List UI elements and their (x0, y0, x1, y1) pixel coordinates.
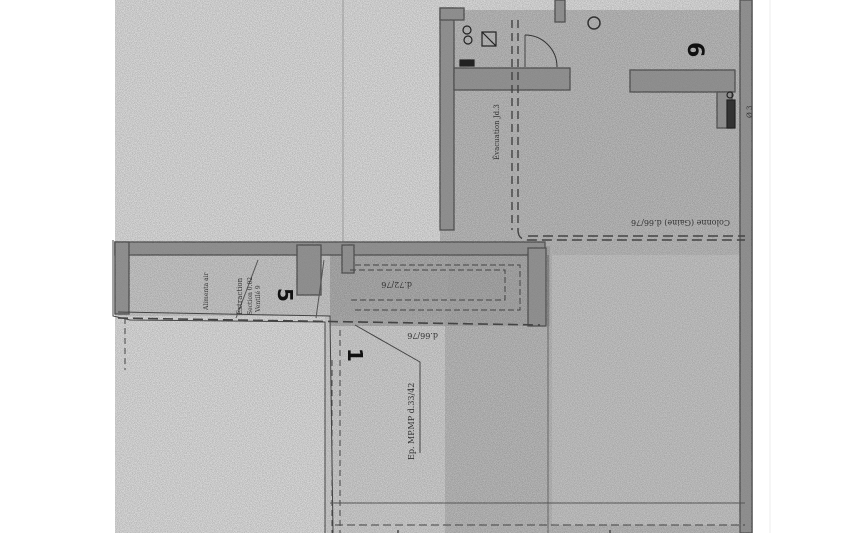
annotation-alimentation: Alimenta air (203, 272, 210, 311)
annotation-colonne-gaine: Colonne (Gaine) d.66/76 (631, 218, 730, 227)
annotation-gaine-mid: d.72/76 (381, 280, 412, 289)
floor-plan: 6 5 1 Colonne (Gaine) d.66/76 d.66/76 d.… (0, 0, 841, 533)
annotation-extraction: Extraction (236, 277, 244, 315)
room-number-5: 5 (273, 288, 297, 302)
room-number-6: 6 (682, 42, 707, 57)
room-number-1: 1 (343, 348, 367, 362)
annotation-extraction-sub1: Section 0.02 (247, 277, 254, 315)
annotation-extraction-sub2: Ventilé 9 (255, 285, 262, 313)
annotation-gaine-lower: d.66/76 (407, 331, 438, 340)
annotation-evacuation: Évacuation Jd.3 (492, 104, 501, 160)
annotation-ep-mp: Ep. MP.MP d.33/42 (407, 383, 416, 460)
annotation-right-column: Ø 3 (746, 106, 754, 118)
